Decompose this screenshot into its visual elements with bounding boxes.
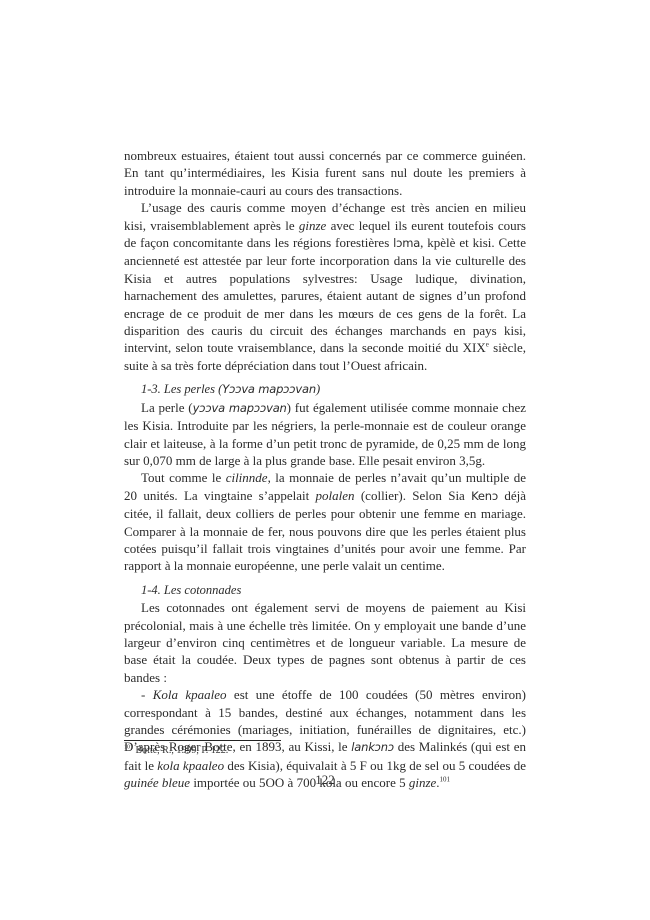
section-heading-cotonnades: 1-4. Les cotonnades [124,582,526,599]
term-yoova-mapoovan: Yɔɔva mapɔɔvan [222,382,316,396]
paragraph-cotonnades-intro: Les cotonnades ont également servi de mo… [124,599,526,686]
term-kola-kpaaleo-2: kola kpaaleo [157,758,224,773]
paragraph-cauri-usage: L’usage des cauris comme moyen d’échange… [124,199,526,374]
paragraph-perle-value: Tout comme le cilinnde, la monnaie de pe… [124,469,526,574]
term-cilinnde: cilinnde [226,470,268,485]
footnote: 101 Botte, R., 1999, P. 122. [124,745,228,756]
footnote-divider [124,740,281,741]
term-ginze: ginze [299,218,326,233]
term-lankono: lankɔnɔ [351,740,394,754]
term-kola-kpaaleo: Kola kpaaleo [153,687,227,702]
section-heading-perles: 1-3. Les perles (Yɔɔva mapɔɔvan) [124,381,526,398]
term-polalen: polalen [316,488,355,503]
page-body: nombreux estuaires, étaient tout aussi c… [124,147,526,792]
term-keno: Kenɔ [471,489,498,503]
footnote-number: 101 [124,745,133,751]
paragraph-perle-description: La perle (yɔɔva mapɔɔvan) fut également … [124,399,526,470]
footnote-text: Botte, R., 1999, P. 122. [133,745,228,756]
term-loma: lɔma [393,236,420,250]
page-number: 122 [0,772,650,788]
term-yoova-mapoovan-inline: yɔɔva mapɔɔvan [193,401,287,415]
paragraph-cauri-intro: nombreux estuaires, étaient tout aussi c… [124,147,526,199]
